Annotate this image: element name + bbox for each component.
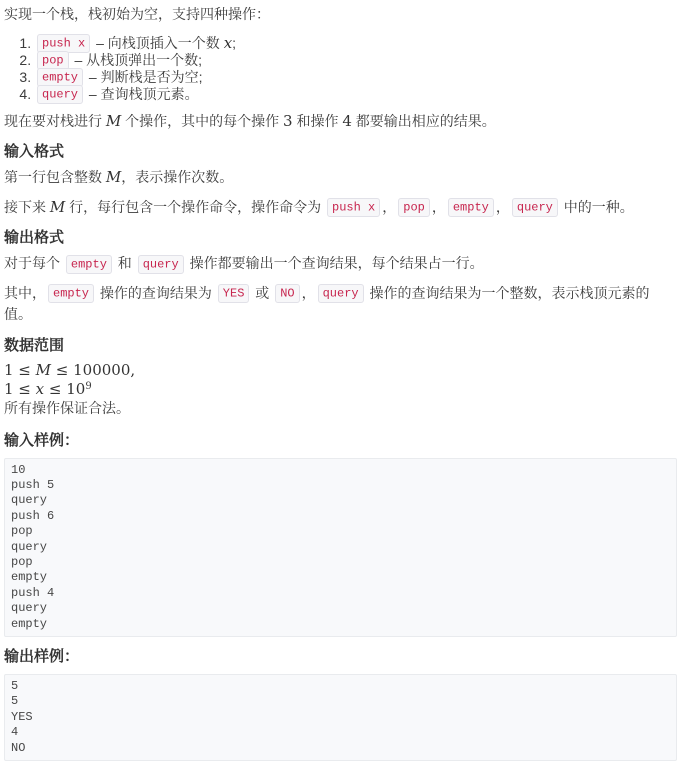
math-variable: M	[106, 168, 121, 186]
data-range-block: 1 ≤ M ≤ 100000,1 ≤ x ≤ 109所有操作保证合法。	[4, 361, 677, 418]
math-variable: M	[50, 198, 65, 216]
math-superscript: 9	[85, 381, 91, 392]
math-text: 1 ≤	[4, 380, 36, 398]
data-range-heading: 数据范围	[4, 336, 677, 355]
operations-list: push x – 向栈顶插入一个数 x;pop – 从栈顶弹出一个数;empty…	[4, 35, 677, 103]
text-run: 和操作	[293, 113, 343, 129]
inline-code: NO	[275, 284, 299, 303]
inline-code: pop	[398, 198, 430, 217]
output-sample-heading: 输出样例：	[4, 647, 677, 666]
math-variable: x	[36, 380, 44, 398]
text-run: 其中，	[4, 285, 46, 301]
math-text: 3	[283, 112, 293, 130]
inline-code: empty	[48, 284, 94, 303]
text-run: 接下来	[4, 199, 50, 215]
text-run: 操作都要输出一个查询结果，每个结果占一行。	[186, 255, 484, 271]
math-text: ≤ 10	[44, 380, 85, 398]
math-line: 所有操作保证合法。	[4, 399, 677, 418]
text-run: 实现一个栈，栈初始为空，支持四种操作：	[4, 6, 270, 22]
text-run: 行，每行包含一个操作命令，操作命令为	[65, 199, 325, 215]
math-variable: M	[106, 112, 121, 130]
output-sample-code: 5 5 YES 4 NO	[4, 674, 677, 761]
math-text: ≤ 100000	[51, 361, 130, 379]
task-paragraph: 现在要对栈进行 M 个操作，其中的每个操作 3 和操作 4 都要输出相应的结果。	[4, 111, 677, 133]
inline-code: empty	[448, 198, 494, 217]
intro-paragraph: 实现一个栈，栈初始为空，支持四种操作：	[4, 4, 677, 26]
inline-code: push x	[327, 198, 380, 217]
input-format-heading: 输入格式	[4, 142, 677, 161]
output-format-heading: 输出格式	[4, 228, 677, 247]
input-sample-heading: 输入样例：	[4, 431, 677, 450]
input-format-line1: 第一行包含整数 M，表示操作次数。	[4, 167, 677, 189]
text-run: ;	[232, 35, 236, 51]
text-run: ，表示操作次数。	[121, 169, 233, 185]
inline-code: query	[138, 255, 184, 274]
operation-item: push x – 向栈顶插入一个数 x;	[35, 35, 677, 52]
text-run: 操作的查询结果为	[96, 285, 216, 301]
math-line: 1 ≤ x ≤ 109	[4, 380, 677, 399]
inline-code: query	[318, 284, 364, 303]
text-run: 或	[251, 285, 273, 301]
inline-code: query	[512, 198, 558, 217]
math-text: 4	[342, 112, 352, 130]
problem-page: { "page": { "background": "#ffffff", "te…	[0, 0, 681, 761]
operation-item: empty – 判断栈是否为空;	[35, 69, 677, 86]
math-text: ,	[130, 361, 135, 379]
text-run: 所有操作保证合法。	[4, 400, 130, 416]
math-line: 1 ≤ M ≤ 100000,	[4, 361, 677, 380]
text-run: 和	[114, 255, 136, 271]
input-sample-code: 10 push 5 query push 6 pop query pop emp…	[4, 458, 677, 637]
text-run: – 判断栈是否为空;	[85, 69, 202, 85]
text-run: 个操作，其中的每个操作	[121, 113, 283, 129]
text-run: ，	[496, 199, 510, 215]
text-run: 第一行包含整数	[4, 169, 106, 185]
text-run: 现在要对栈进行	[4, 113, 106, 129]
text-run: 对于每个	[4, 255, 64, 271]
inline-code: YES	[218, 284, 250, 303]
inline-code: empty	[66, 255, 112, 274]
text-run: ，	[302, 285, 316, 301]
inline-code: query	[37, 85, 83, 104]
operation-item: pop – 从栈顶弹出一个数;	[35, 52, 677, 69]
output-format-line2: 其中，empty 操作的查询结果为 YES 或 NO，query 操作的查询结果…	[4, 283, 677, 326]
operation-item: query – 查询栈顶元素。	[35, 86, 677, 103]
text-run: ，	[382, 199, 396, 215]
math-variable: M	[36, 361, 51, 379]
math-text: 1 ≤	[4, 361, 36, 379]
output-format-line1: 对于每个 empty 和 query 操作都要输出一个查询结果，每个结果占一行。	[4, 253, 677, 275]
text-run: – 查询栈顶元素。	[85, 86, 199, 102]
text-run: 都要输出相应的结果。	[352, 113, 496, 129]
text-run: 中的一种。	[560, 199, 634, 215]
input-format-line2: 接下来 M 行，每行包含一个操作命令，操作命令为 push x，pop，empt…	[4, 197, 677, 219]
text-run: – 从栈顶弹出一个数;	[71, 52, 202, 68]
text-run: – 向栈顶插入一个数	[92, 35, 223, 51]
text-run: ，	[432, 199, 446, 215]
math-variable: x	[224, 34, 232, 52]
problem-statement: 实现一个栈，栈初始为空，支持四种操作：push x – 向栈顶插入一个数 x;p…	[4, 4, 677, 761]
